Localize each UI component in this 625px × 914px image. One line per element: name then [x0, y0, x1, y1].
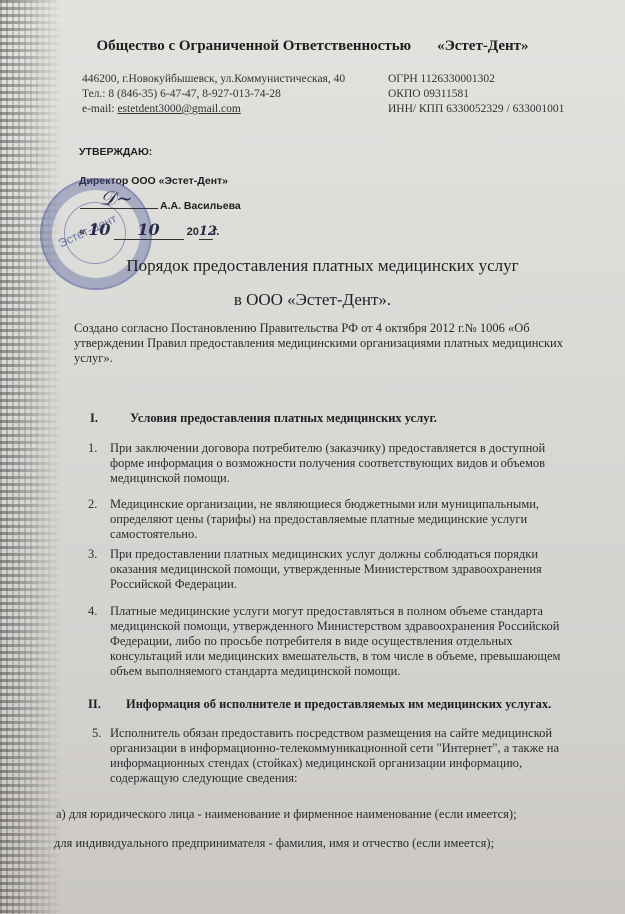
document-basis: Создано согласно Постановлению Правитель… [74, 321, 563, 366]
section-1-numeral: I. [90, 411, 98, 426]
item-text: При заключении договора потребителю (зак… [110, 441, 545, 486]
email-label: e-mail: [82, 103, 117, 115]
item-text: Платные медицинские услуги могут предост… [110, 604, 560, 679]
item-number: 4. [88, 604, 97, 619]
letterhead-org-name: Общество с Ограниченной Ответственностью… [0, 38, 625, 55]
document-title-line1: Порядок предоставления платных медицинск… [0, 256, 625, 276]
date-year-end: г. [213, 226, 220, 238]
basis-line: Создано согласно Постановлению Правитель… [74, 321, 563, 336]
document-title-line2: в ООО «Эстет-Дент». [0, 290, 625, 310]
org-legal-form: Общество с Ограниченной Ответственностью [97, 38, 412, 54]
item-number: 2. [88, 497, 97, 512]
approval-date: « 10 10 2012г. [79, 220, 219, 240]
item-text: При предоставлении платных медицинских у… [110, 547, 542, 592]
date-day: 10 [88, 220, 110, 239]
item-number: 1. [88, 441, 97, 456]
date-year-suffix: 12 [199, 224, 213, 240]
section-2-title: Информация об исполнителе и предоставляе… [126, 697, 551, 712]
okpo: ОКПО 09311581 [388, 87, 564, 102]
subitem-a: а) для юридического лица - наименование … [56, 807, 517, 822]
email-link[interactable]: estetdent3000@gmail.com [117, 103, 240, 115]
date-month: 10 [114, 220, 184, 240]
list-item-1: 1. При заключении договора потребителю (… [88, 441, 608, 489]
date-quote: « [79, 226, 85, 238]
item-text: Исполнитель обязан предоставить посредст… [110, 726, 559, 786]
item-text: Медицинские организации, не являющиеся б… [110, 497, 539, 542]
letterhead-contacts: 446200, г.Новокуйбышевск, ул.Коммунистич… [82, 72, 345, 117]
org-brand-name: «Эстет-Дент» [437, 38, 528, 54]
basis-line: утверждении Правил предоставления медици… [74, 336, 563, 351]
signatory-name: А.А. Васильева [160, 200, 241, 212]
scan-edge-noise [0, 0, 62, 914]
list-item-3: 3. При предоставлении платных медицински… [88, 547, 608, 595]
date-year-prefix: 20 [187, 226, 199, 238]
address: 446200, г.Новокуйбышевск, ул.Коммунистич… [82, 72, 345, 87]
email-line: e-mail: estetdent3000@gmail.com [82, 102, 345, 117]
list-item-4: 4. Платные медицинские услуги могут пред… [88, 604, 618, 684]
basis-line: услуг». [74, 351, 563, 366]
subitem-a-continued: для индивидуального предпринимателя - фа… [54, 836, 494, 851]
section-2-numeral: II. [88, 697, 101, 712]
item-number: 5. [92, 726, 101, 741]
item-number: 3. [88, 547, 97, 562]
list-item-5: 5. Исполнитель обязан предоставить посре… [92, 726, 622, 790]
handwritten-signature: 𝒟~ [100, 186, 133, 210]
inn-kpp: ИНН/ КПП 6330052329 / 633001001 [388, 102, 564, 117]
ogrn: ОГРН 1126330001302 [388, 72, 564, 87]
approval-label: УТВЕРЖДАЮ: [79, 146, 152, 158]
letterhead-registration: ОГРН 1126330001302 ОКПО 09311581 ИНН/ КП… [388, 72, 564, 117]
list-item-2: 2. Медицинские организации, не являющиес… [88, 497, 608, 545]
phone: Тел.: 8 (846-35) 6-47-47, 8-927-013-74-2… [82, 87, 345, 102]
section-1-title: Условия предоставления платных медицинск… [130, 411, 437, 426]
